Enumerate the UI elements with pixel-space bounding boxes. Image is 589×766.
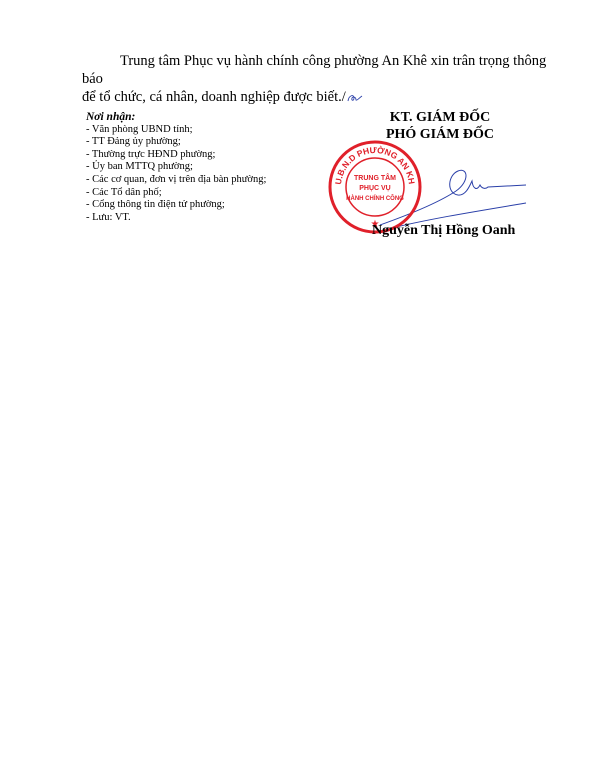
recipients-list: Nơi nhận: - Văn phòng UBND tỉnh; - TT Đả… xyxy=(86,111,266,224)
recipient-item: - Văn phòng UBND tỉnh; xyxy=(86,124,266,137)
recipient-item: - TT Đảng ủy phường; xyxy=(86,136,266,149)
recipient-item: - Cổng thông tin điện tử phường; xyxy=(86,199,266,212)
closing-line-2: để tổ chức, cá nhân, doanh nghiệp được b… xyxy=(82,89,346,105)
signature-block: KT. GIÁM ĐỐC PHÓ GIÁM ĐỐC xyxy=(360,109,520,143)
official-seal-icon: U.B.N.D PHƯỜNG AN KHÊ T.GIA LAI TRUNG TÂ… xyxy=(327,139,423,235)
recipient-item: - Thường trực HĐND phường; xyxy=(86,149,266,162)
recipient-item: - Ủy ban MTTQ phường; xyxy=(86,161,266,174)
recipients-title: Nơi nhận: xyxy=(86,111,266,124)
recipient-item: - Lưu: VT. xyxy=(86,212,266,225)
closing-line-1: Trung tâm Phục vụ hành chính công phường… xyxy=(82,53,546,87)
recipient-item: - Các Tổ dân phố; xyxy=(86,187,266,200)
stamp-inner-line-2: PHỤC VỤ xyxy=(359,185,391,192)
role-line-1: KT. GIÁM ĐỐC xyxy=(360,109,520,126)
initials-mark-icon xyxy=(346,92,364,104)
recipient-item: - Các cơ quan, đơn vị trên địa bàn phườn… xyxy=(86,174,266,187)
stamp-inner-line-1: TRUNG TÂM xyxy=(354,173,396,182)
stamp-inner-line-3: HÀNH CHÍNH CÔNG xyxy=(346,194,404,202)
closing-paragraph: Trung tâm Phục vụ hành chính công phường… xyxy=(82,52,552,106)
signer-name: Nguyễn Thị Hồng Oanh xyxy=(372,223,515,239)
